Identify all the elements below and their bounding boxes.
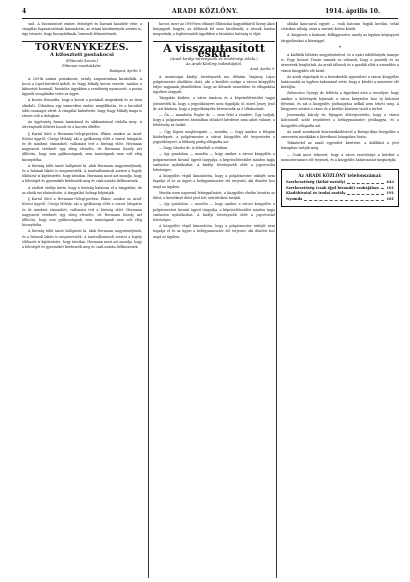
issue-date: 1914. április 10.	[325, 8, 380, 15]
article-title: A kifosztott postakocsi	[22, 53, 142, 58]
article-title: A visszautasított eskü.	[153, 46, 275, 56]
newspaper-page: 4 ARADI KÖZLÖNY. 1914. április 10. szól.…	[8, 6, 398, 576]
column-2: kocsit, mert az 1909-ben elhunyt Ellitzi…	[148, 22, 275, 578]
paragraph: A kocsis elmondta, hogy a kocsit a postá…	[22, 98, 142, 119]
paragraph: A bíróság több tanút hallgatott ki, akik…	[22, 164, 142, 185]
intro-text: kocsit, mert az 1909-ben elhunyt Ellitzi…	[153, 22, 275, 38]
paragraph: A közgyűlés végül kimondotta, hogy a pol…	[153, 174, 275, 190]
paragraph: A kiállítók felhívás megjelenésével, és …	[281, 53, 399, 74]
telephone-numbers-box: Az ARADI KÖZLÖNY telefonszámai: Szerkesz…	[281, 169, 399, 207]
paragraph: Tekintettel az aradi egyesület kérésére,…	[281, 141, 399, 151]
paragraph: Tárgyalás közben, a város tanácsa és a k…	[153, 96, 275, 112]
paragraph: Az aradi zenekarok közreműködésével a Be…	[281, 130, 399, 140]
running-header: 4 ARADI KÖZLÖNY. 1914. április 10.	[22, 6, 398, 19]
dateline: Budapest, április 9.	[22, 69, 142, 74]
paragraph: Miután ezen napirend letárgyaltatott, a …	[153, 191, 275, 201]
paragraph: Jeszenszky Károly dr. főjegyző előterjes…	[281, 113, 399, 129]
paragraph: A bíróság több tanút hallgatott ki, akik…	[22, 229, 142, 250]
page-number: 4	[22, 8, 26, 15]
paragraph: § Kartal Sütő a Hermann-Gelsgi-perben. E…	[22, 132, 142, 163]
paragraph: Az ügyészség hamis tanúzással és sikkasz…	[22, 120, 142, 130]
paragraph: A vádlott védője kérte, hogy a bíróság h…	[22, 186, 142, 196]
paragraph: § Kartal Sütő a Hermann-Gelsgi-perben. E…	[22, 197, 142, 228]
paragraph: A' kiegyezés a hatásait, felfüggesztve, …	[281, 33, 399, 43]
phone-label: Nyomda	[286, 197, 302, 203]
paragraph: — Úgy fogom meglátogatni — mondta, — hog…	[153, 130, 275, 146]
paragraph: — Nagy Sándor dr. is felszólalt a vitába…	[153, 146, 275, 151]
newspaper-title: ARADI KÖZLÖNY.	[172, 8, 239, 15]
divider	[22, 41, 142, 42]
paragraph: A monitorgai királyi törvényszék ma délu…	[153, 75, 275, 96]
paragraph: — Igy gondolom — mondta — hogy amikor a …	[153, 202, 275, 223]
paragraph: — Ön — mondotta Fogler dr. — nem felel a…	[153, 113, 275, 129]
paragraph: A közgyűlés végül kimondotta, hogy a pol…	[153, 224, 275, 240]
column-3: ablaka kancsával együtt — csak hatosan f…	[276, 22, 399, 578]
dateline: Arad, április 9.	[153, 67, 275, 72]
phone-number: 181	[386, 197, 394, 203]
column-1: szól. A búcsúztatott ember, feleségét és…	[22, 22, 142, 578]
intro-text: ablaka kancsával együtt — csak hatosan f…	[281, 22, 399, 32]
separator-star: *	[281, 46, 399, 51]
paragraph: — Csak most érkezett, hogy a város vezet…	[281, 153, 399, 163]
intro-text: szól. A búcsúztatott ember, feleségét és…	[22, 22, 142, 38]
box-title: Az ARADI KÖZLÖNY telefonszámai:	[286, 173, 394, 178]
paragraph: A 205-ik számú postakocsit, tavaly augus…	[22, 77, 142, 98]
paragraph: Az aradi régiségek és a kereskedők egyes…	[281, 75, 399, 91]
section-title: TÖRVÉNYKEZÉS.	[22, 46, 142, 51]
paragraph: — Igy gondolom — mondta — hogy amikor a …	[153, 152, 275, 173]
paragraph: Zelenovics György dr. felhívta a figyelm…	[281, 91, 399, 112]
phone-row: Nyomda 181	[286, 197, 394, 203]
